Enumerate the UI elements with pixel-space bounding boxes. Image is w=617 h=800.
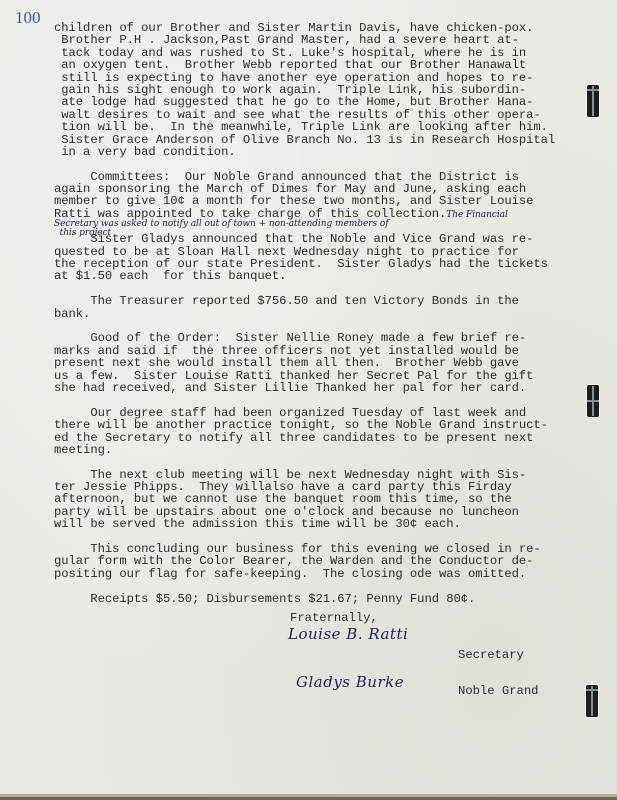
text-line: ed the Secretary to notify all three can…: [54, 432, 554, 444]
text-line: Brother P.H . Jackson,Past Grand Master,…: [54, 34, 554, 46]
text-line: positing our flag for safe-keeping. The …: [54, 568, 554, 580]
text-line: bank.: [54, 308, 554, 320]
text-line: at $1.50 each for this banquet.: [54, 270, 554, 282]
handwritten-annotation: Secretary was asked to notify all out of…: [54, 220, 554, 229]
signature-secretary: Louise B. Ratti: [288, 625, 408, 643]
salutation: Fraternally,: [290, 611, 378, 625]
text-line: will be served the admission this time w…: [54, 518, 554, 530]
binder-hole-icon: [585, 684, 599, 718]
text-line: ate lodge had suggested that he go to th…: [54, 96, 554, 108]
text-line: present next she would install them all …: [54, 357, 554, 369]
text-line: tion will be. In the meanwhile, Triple L…: [54, 121, 554, 133]
binder-hole-icon: [586, 84, 600, 118]
text-line: in a very bad condition.: [54, 146, 554, 158]
handwritten-annotation: The Financial: [446, 210, 508, 220]
document-page: 100 children of our Brother and Sister M…: [0, 0, 617, 797]
text-line: Good of the Order: Sister Nellie Roney m…: [54, 332, 554, 344]
text-line: an oxygen tent. Brother Webb reported th…: [54, 59, 554, 71]
text-line: there will be another practice tonight, …: [54, 419, 554, 431]
receipts-line: Receipts $5.50; Disbursements $21.67; Pe…: [54, 593, 554, 605]
page-number: 100: [15, 8, 41, 28]
title-secretary: Secretary: [458, 648, 524, 662]
signature-noble-grand: Gladys Burke: [296, 673, 404, 691]
text-line: The Treasurer reported $756.50 and ten V…: [54, 295, 554, 307]
minutes-body: children of our Brother and Sister Marti…: [54, 22, 554, 605]
text-line: gular form with the Color Bearer, the Wa…: [54, 555, 554, 567]
title-noble-grand: Noble Grand: [458, 684, 538, 698]
text-line: Sister Gladys announced that the Noble a…: [54, 233, 554, 245]
text-line: afternoon, but we cannot use the banquet…: [54, 493, 554, 505]
binder-hole-icon: [586, 384, 600, 418]
text-line: meeting.: [54, 444, 554, 456]
text-line: she had received, and Sister Lillie Than…: [54, 382, 554, 394]
